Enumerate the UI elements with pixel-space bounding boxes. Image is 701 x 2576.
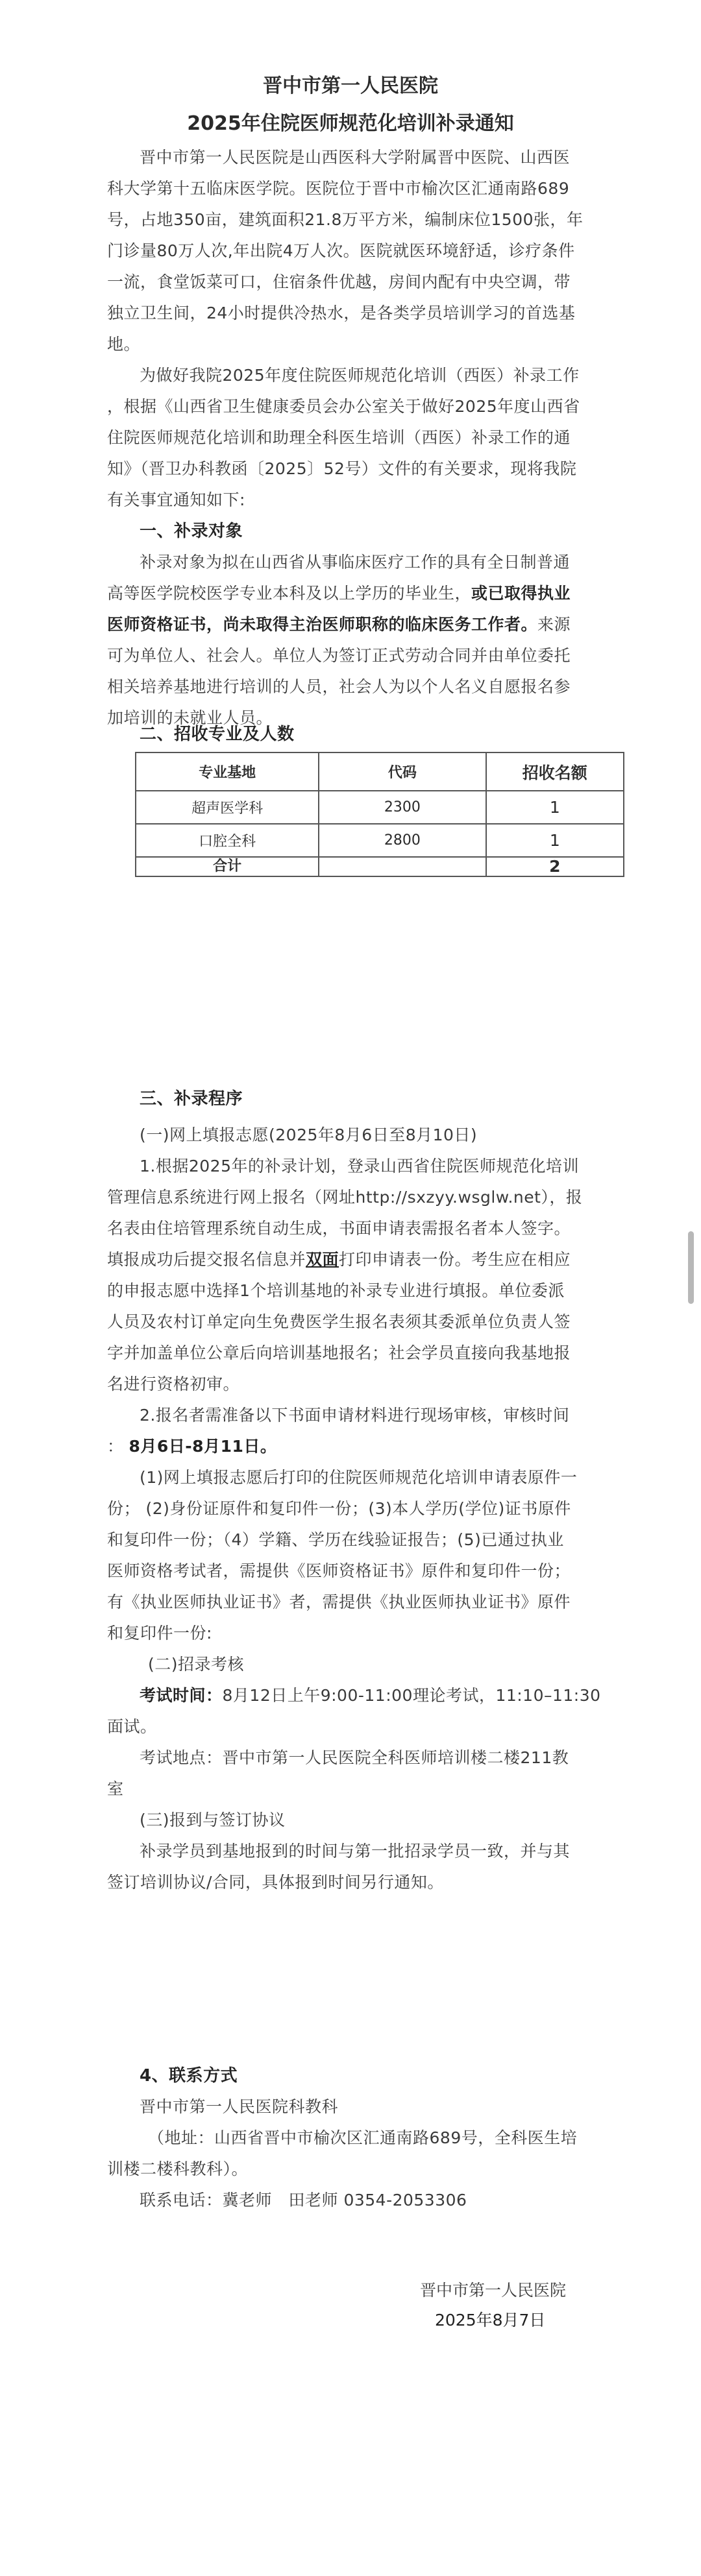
intro-line: 号，占地350亩，建筑面积21.8万平方米，编制床位1500张，年	[107, 209, 591, 231]
table-row: 口腔全科 2800 1	[136, 824, 624, 857]
intro-line: 独立卫生间，24小时提供冷热水，是各类学员培训学习的首选基	[107, 302, 591, 324]
table-header-cell: 招收名额	[486, 752, 624, 791]
basis-line: 有关事宜通知如下:	[107, 489, 591, 511]
table-total-quota: 2	[486, 857, 624, 876]
targets-line: 可为单位人、社会人。单位人为签订正式劳动合同并由单位委托	[107, 645, 591, 667]
section-heading-contact: 4、联系方式	[140, 2065, 623, 2087]
table-header-row: 专业基地 代码 招收名额	[136, 752, 624, 791]
procedure-line: 字并加盖单位公章后向培训基地报名；社会学员直接向我基地报	[107, 1342, 591, 1364]
exam-place-line: 室	[107, 1778, 591, 1800]
sub-heading-registration: (三)报到与签订协议	[140, 1809, 623, 1831]
exam-time-line: 考试时间：8月12日上午9:00-11:00理论考试，11:10–11:30	[140, 1685, 623, 1707]
review-colon: ：	[107, 1437, 124, 1456]
table-total-code	[319, 857, 486, 876]
procedure-text: 打印申请表一份。考生应在相应	[339, 1250, 571, 1269]
procedure-line: 的申报志愿中选择1个培训基地的补录专业进行填报。单位委派	[107, 1280, 591, 1302]
procedure-line: 名表由住培管理系统自动生成，书面申请表需报名者本人签字。	[107, 1218, 591, 1240]
intro-line: 门诊量80万人次,年出院4万人次。医院就医环境舒适，诊疗条件	[107, 240, 591, 262]
materials-line: 份； (2)身份证原件和复印件一份；(3)本人学历(学位)证书原件	[107, 1498, 591, 1520]
double-sided-emphasis: 双面	[306, 1250, 339, 1269]
exam-time-label: 考试时间：	[140, 1686, 223, 1705]
table-cell-specialty: 超声医学科	[136, 791, 319, 824]
quota-table: 专业基地 代码 招收名额 超声医学科 2300 1 口腔全科 2800 1 合计…	[135, 752, 624, 877]
procedure-line: 1.根据2025年的补录计划，登录山西省住院医师规范化培训	[140, 1155, 623, 1177]
materials-line: 和复印件一份；（4）学籍、学历在线验证报告；(5)已通过执业	[107, 1529, 591, 1551]
targets-text: 高等医学院校医学专业本科及以上学历的毕业生，	[107, 584, 471, 603]
table-cell-code: 2800	[319, 824, 486, 857]
intro-line: 晋中市第一人民医院是山西医科大学附属晋中医院、山西医	[140, 147, 623, 169]
table-cell-code: 2300	[319, 791, 486, 824]
procedure-line: 名进行资格初审。	[107, 1373, 591, 1395]
materials-line: 有《执业医师执业证书》者，需提供《执业医师执业证书》原件	[107, 1591, 591, 1613]
targets-line: 高等医学院校医学专业本科及以上学历的毕业生，或已取得执业	[107, 583, 591, 605]
procedure-line: 填报成功后提交报名信息并双面打印申请表一份。考生应在相应	[107, 1249, 591, 1271]
procedure-text: 填报成功后提交报名信息并	[107, 1250, 306, 1269]
contact-dept: 晋中市第一人民医院科教科	[140, 2096, 623, 2118]
intro-line: 地。	[107, 333, 591, 355]
targets-line: 医师资格证书，尚未取得主治医师职称的临床医务工作者。来源	[107, 614, 591, 636]
signature-date: 2025年8月7日	[435, 2309, 545, 2331]
table-header-cell: 专业基地	[136, 752, 319, 791]
materials-line: 医师资格考试者，需提供《医师资格证书》原件和复印件一份；	[107, 1560, 591, 1582]
sub-heading-online: (一)网上填报志愿(2025年8月6日至8月10日)	[140, 1124, 623, 1146]
targets-line: 补录对象为拟在山西省从事临床医疗工作的具有全日制普通	[140, 551, 623, 573]
materials-line: (1)网上填报志愿后打印的住院医师规范化培训申请表原件一	[140, 1467, 623, 1489]
exam-place-line: 考试地点：晋中市第一人民医院全科医师培训楼二楼211教	[140, 1747, 623, 1769]
basis-line: 知》（晋卫办科教函〔2025〕52号）文件的有关要求，现将我院	[107, 458, 591, 480]
procedure-line: 人员及农村订单定向生免费医学生报名表须其委派单位负责人签	[107, 1311, 591, 1333]
table-row: 超声医学科 2300 1	[136, 791, 624, 824]
table-cell-specialty: 口腔全科	[136, 824, 319, 857]
materials-line: 和复印件一份:	[107, 1622, 591, 1644]
table-cell-quota: 1	[486, 824, 624, 857]
contact-address: 训楼二楼科教科）。	[107, 2158, 591, 2180]
review-dates: 8月6日-8月11日。	[129, 1437, 277, 1456]
contact-address: （地址：山西省晋中市榆次区汇通南路689号，全科医生培	[148, 2127, 632, 2149]
review-line: 2.报名者需准备以下书面申请材料进行现场审核，审核时间	[140, 1404, 623, 1426]
doc-title-hospital: 晋中市第一人民医院	[0, 73, 701, 99]
doc-title-notice: 2025年住院医师规范化培训补录通知	[0, 111, 701, 137]
section-heading-quota: 二、招收专业及人数	[140, 723, 623, 745]
procedure-line: 管理信息系统进行网上报名（网址http://sxzyy.wsglw.net），报	[107, 1186, 591, 1209]
section-heading-procedure: 三、补录程序	[140, 1088, 623, 1110]
intro-line: 一流，食堂饭菜可口，住宿条件优越，房间内配有中央空调，带	[107, 271, 591, 293]
signature-org: 晋中市第一人民医院	[420, 2280, 566, 2302]
contact-phone: 联系电话：冀老师 田老师 0354-2053306	[140, 2189, 623, 2211]
basis-line: ，根据《山西省卫生健康委员会办公室关于做好2025年度山西省	[107, 396, 591, 418]
review-line: ：8月6日-8月11日。	[107, 1436, 591, 1458]
table-cell-quota: 1	[486, 791, 624, 824]
section-heading-targets: 一、补录对象	[140, 520, 623, 542]
targets-emphasis: 医师资格证书，尚未取得主治医师职称的临床医务工作者。	[107, 615, 537, 634]
registration-line: 补录学员到基地报到的时间与第一批招录学员一致，并与其	[140, 1840, 623, 1862]
table-header-cell: 代码	[319, 752, 486, 791]
targets-line: 相关培养基地进行培训的人员，社会人为以个人名义自愿报名参	[107, 676, 591, 698]
targets-text: 来源	[537, 615, 571, 634]
basis-line: 住院医师规范化培训和助理全科医生培训（西医）补录工作的通	[107, 427, 591, 449]
table-total-row: 合计 2	[136, 857, 624, 876]
scrollbar-thumb[interactable]	[688, 1231, 694, 1304]
exam-time-line: 面试。	[107, 1716, 591, 1738]
table-total-label: 合计	[136, 857, 319, 876]
targets-emphasis: 或已取得执业	[471, 584, 571, 603]
exam-time-value: 8月12日上午9:00-11:00理论考试，11:10–11:30	[223, 1686, 601, 1705]
intro-line: 科大学第十五临床医学院。医院位于晋中市榆次区汇通南路689	[107, 178, 591, 200]
registration-line: 签订培训协议/合同，具体报到时间另行通知。	[107, 1872, 591, 1894]
basis-line: 为做好我院2025年度住院医师规范化培训（西医）补录工作	[140, 365, 623, 387]
sub-heading-exam: (二)招录考核	[148, 1654, 632, 1676]
